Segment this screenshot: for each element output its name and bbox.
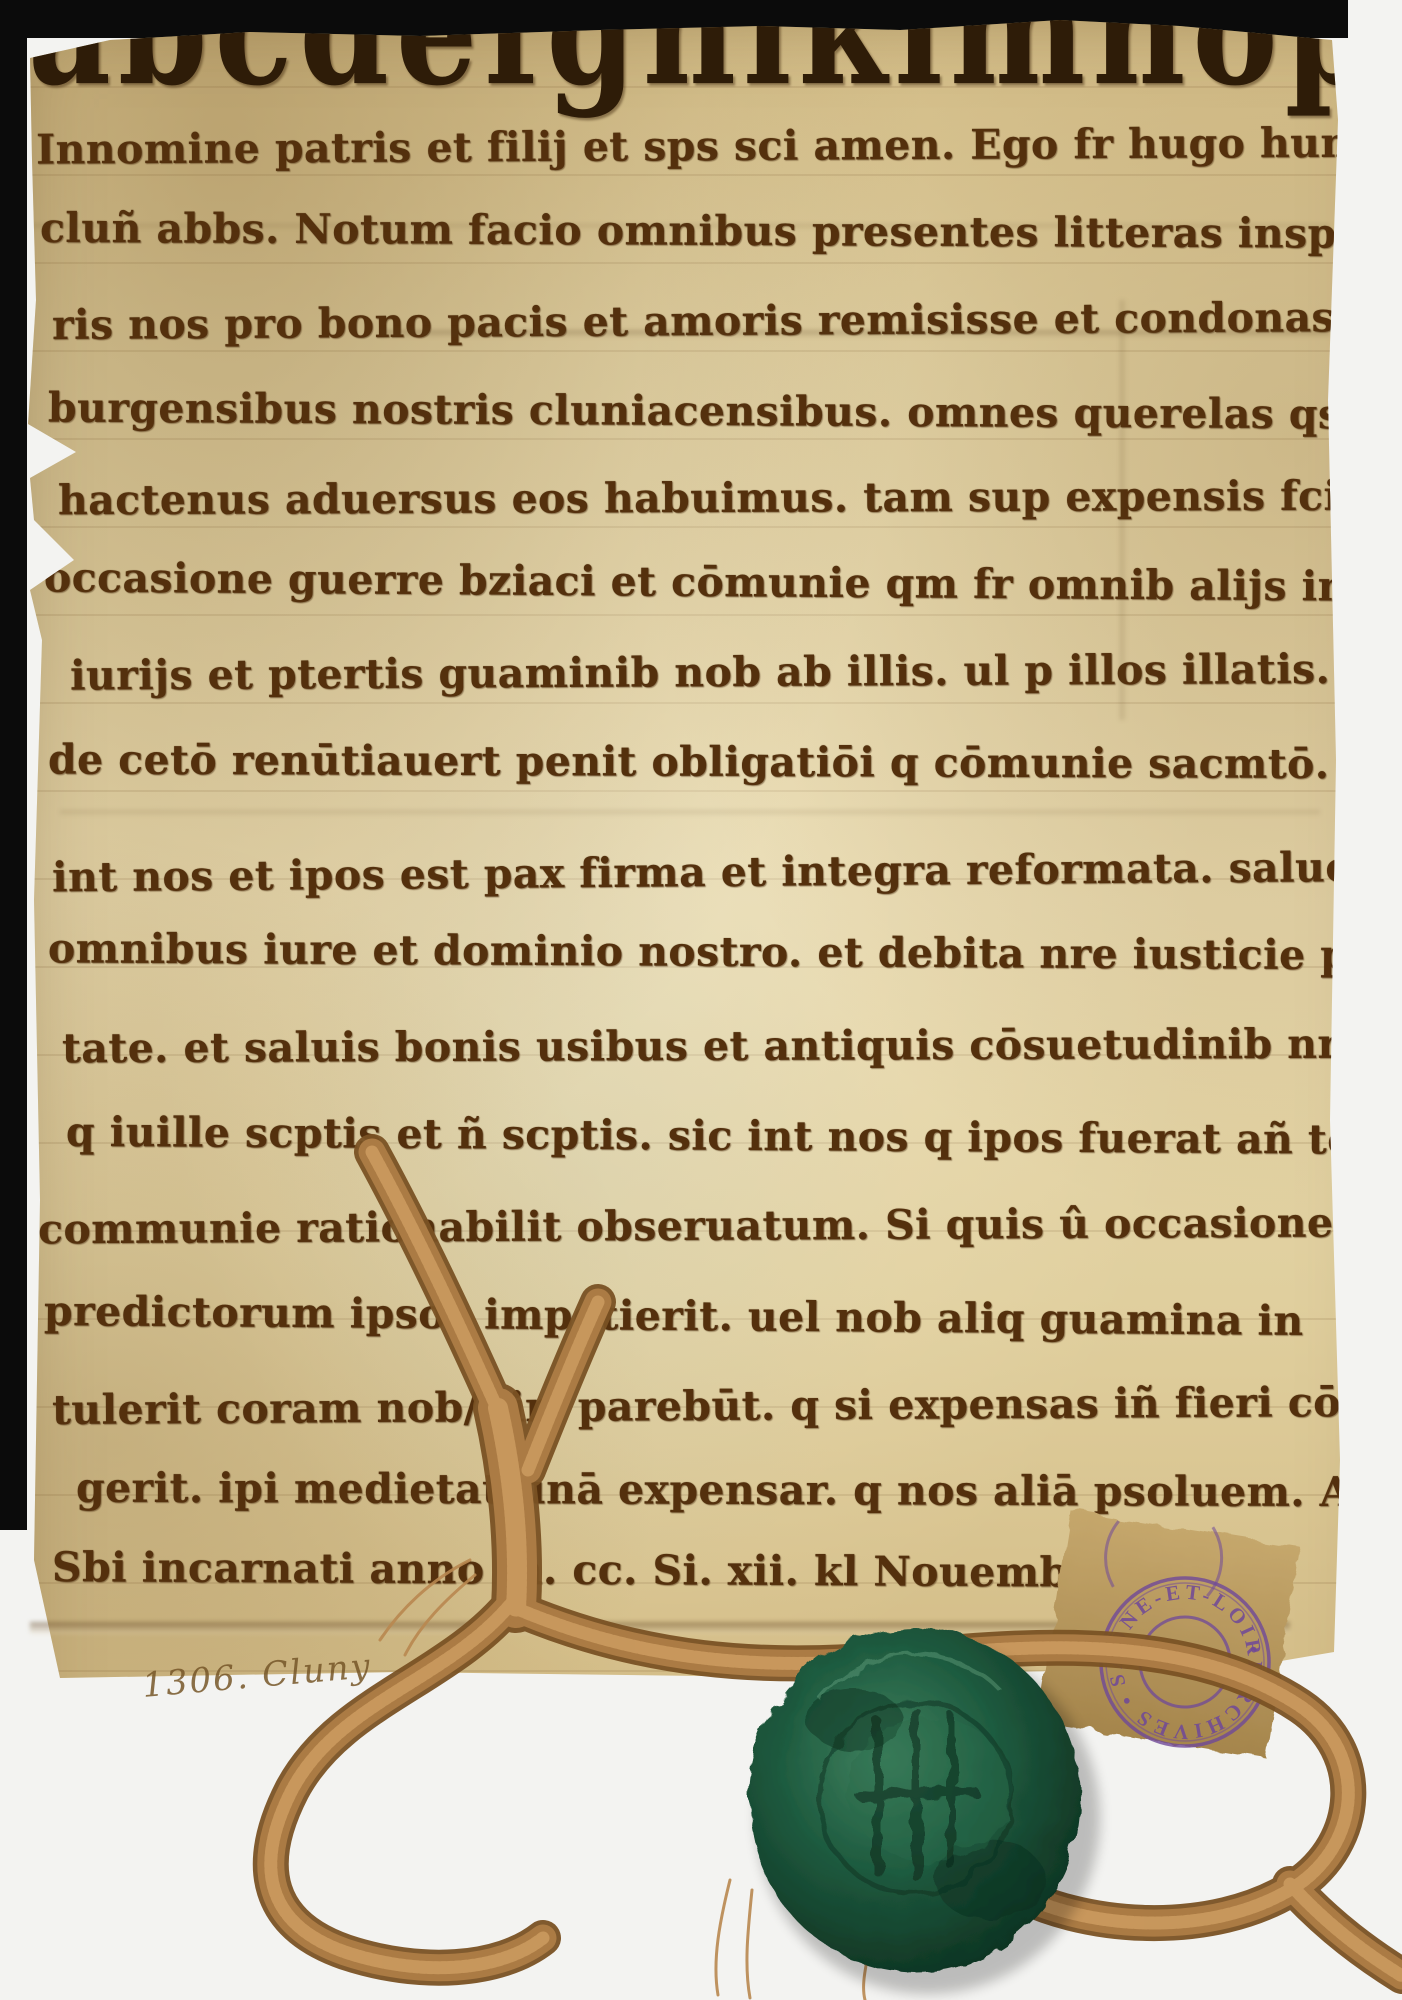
scanned-charter-page: abcdefghiklmnopqrse Innomine patris et f… bbox=[0, 0, 1402, 2000]
seal-ribbon-stamp-overlay: SAÔNE-ET-LOIRE • ARCHIVES • bbox=[0, 0, 1402, 2000]
wax-seal bbox=[749, 1628, 1081, 1972]
